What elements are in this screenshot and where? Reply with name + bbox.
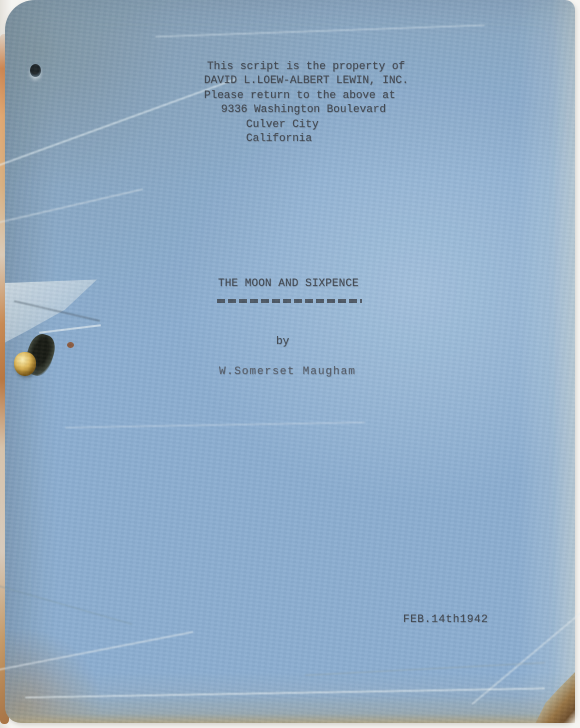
ownership-notice-line-4: 9336 Washington Boulevard (221, 105, 386, 116)
punch-hole (30, 64, 41, 77)
byline: by (276, 337, 289, 348)
author-name: W.Somerset Maugham (219, 367, 356, 378)
bottom-right-chip (533, 670, 575, 723)
crease-line (155, 24, 485, 38)
rust-spot (67, 342, 74, 348)
crease-line (0, 78, 238, 169)
script-title: THE MOON AND SIXPENCE (218, 279, 359, 290)
crease-line (25, 687, 545, 698)
crease-line (0, 188, 143, 224)
ownership-notice-line-5: Culver City (246, 120, 319, 131)
script-cover: This script is the property of DAVID L.L… (5, 0, 575, 723)
ownership-notice-line-1: This script is the property of (207, 62, 405, 73)
ownership-notice-line-6: California (246, 134, 312, 145)
date-stamp: FEB.14th1942 (403, 615, 488, 626)
torn-area (5, 270, 115, 395)
ownership-notice-line-2: DAVID L.LOEW-ALBERT LEWIN, INC. (204, 76, 409, 87)
crease-line (0, 631, 193, 671)
brass-brad (14, 352, 36, 376)
crease-line (0, 585, 133, 626)
title-underline (217, 299, 362, 303)
crease-line (65, 421, 365, 428)
tear-edge-highlight (39, 324, 101, 334)
photo-background: This script is the property of DAVID L.L… (0, 0, 580, 728)
ownership-notice-line-3: Please return to the above at (204, 91, 395, 102)
